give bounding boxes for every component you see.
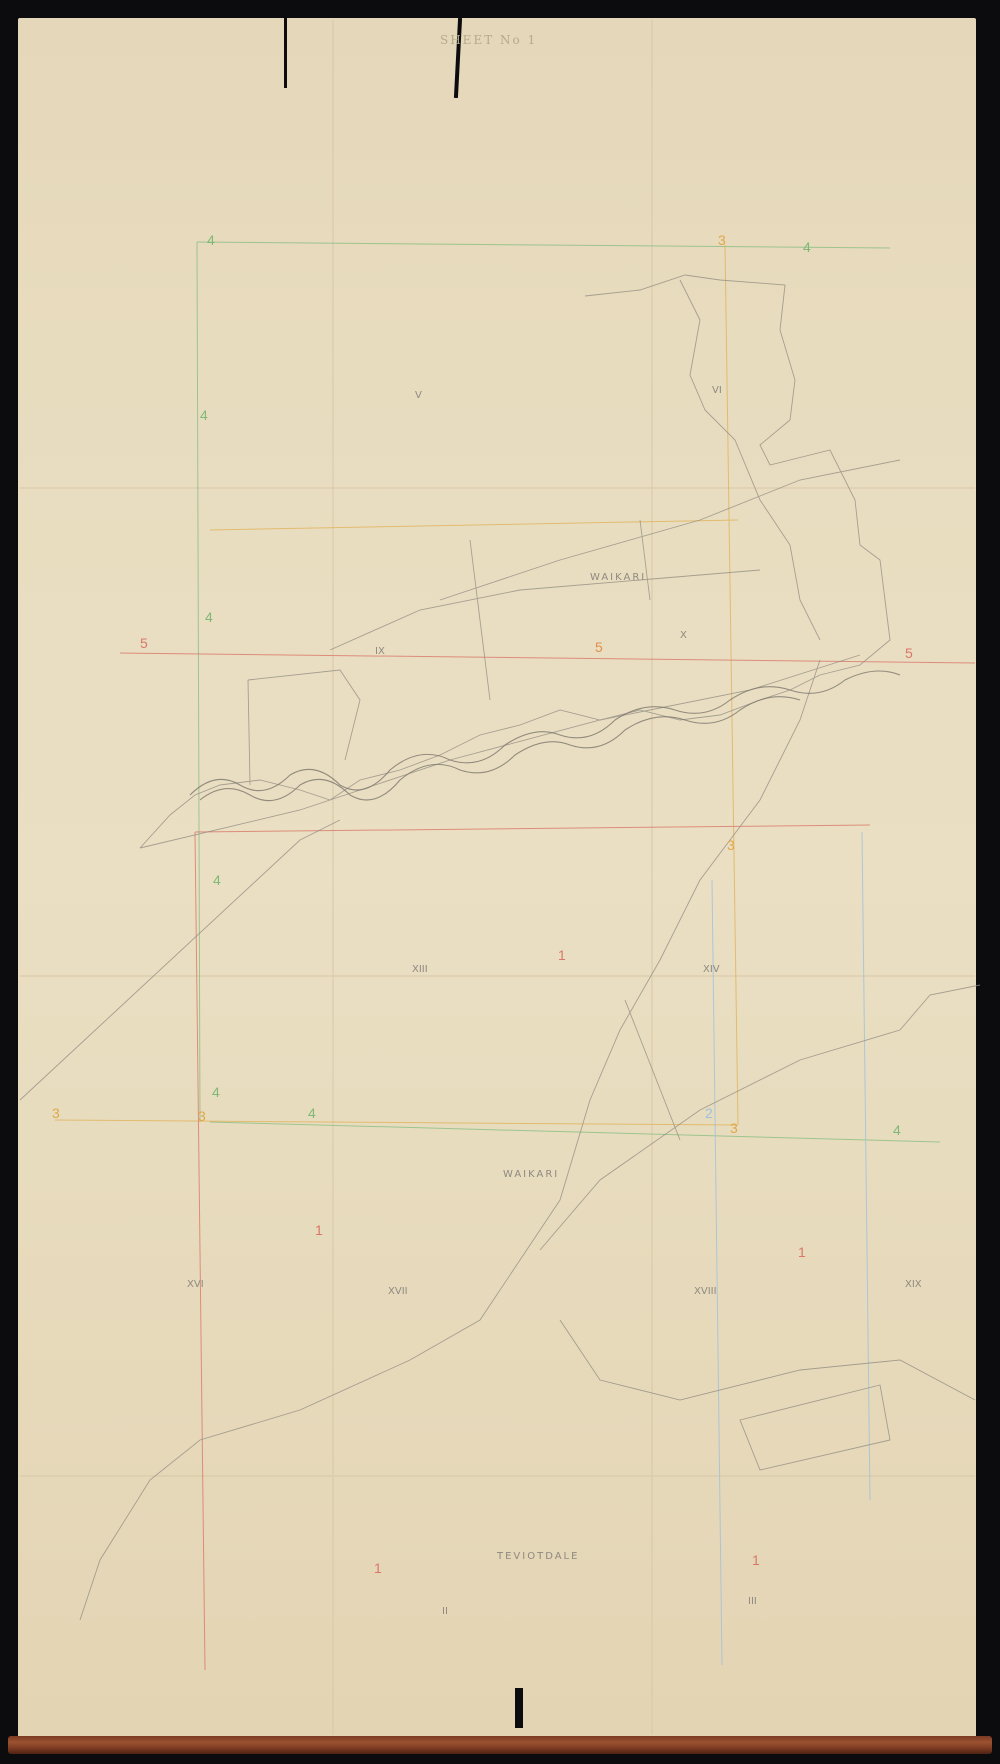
grid-number: 4 (803, 239, 811, 255)
grid-number: 4 (205, 609, 213, 625)
grid-number: 1 (798, 1244, 806, 1260)
grid-number: 3 (198, 1108, 206, 1124)
paper-tear (284, 18, 287, 88)
survey-linework (0, 0, 1000, 1764)
grid-number: 4 (893, 1122, 901, 1138)
block-label-xvi: XVI (187, 1279, 204, 1290)
grid-number: 3 (727, 837, 735, 853)
block-label-xvii: XVII (388, 1286, 408, 1297)
grid-number: 5 (140, 635, 148, 651)
sheet-title: SHEET No 1 (440, 33, 537, 47)
block-label-ii: II (442, 1606, 448, 1617)
block-label-xiv: XIV (703, 964, 720, 975)
grid-number: 4 (213, 872, 221, 888)
block-label-xviii: XVIII (694, 1286, 717, 1297)
block-label-xix: XIX (905, 1279, 922, 1290)
block-label-v: V (415, 390, 422, 401)
grid-number: 1 (752, 1552, 760, 1568)
block-label-xiii: XIII (412, 964, 428, 975)
grid-number: 3 (730, 1120, 738, 1136)
grid-number: 4 (200, 407, 208, 423)
grid-number: 5 (905, 645, 913, 661)
grid-number: 3 (718, 232, 726, 248)
block-label-iii: III (748, 1596, 757, 1607)
block-label-ix: IX (375, 646, 385, 657)
block-label-x: X (680, 630, 687, 641)
district-label-teviotdale: TEVIOTDALE (497, 1551, 579, 1562)
grid-number: 3 (52, 1105, 60, 1121)
grid-number: 4 (308, 1105, 316, 1121)
district-label-waikari-north: WAIKARI (590, 572, 646, 583)
grid-number: 1 (374, 1560, 382, 1576)
grid-number: 1 (315, 1222, 323, 1238)
grid-number: 1 (558, 947, 566, 963)
district-label-waikari-south: WAIKARI (503, 1169, 559, 1180)
grid-number: 4 (207, 232, 215, 248)
grid-number: 2 (705, 1105, 713, 1121)
paper-tear (515, 1688, 523, 1728)
wooden-hanging-rod (8, 1736, 992, 1754)
grid-number: 4 (212, 1084, 220, 1100)
block-label-vi: VI (712, 385, 722, 396)
grid-number: 5 (595, 639, 603, 655)
